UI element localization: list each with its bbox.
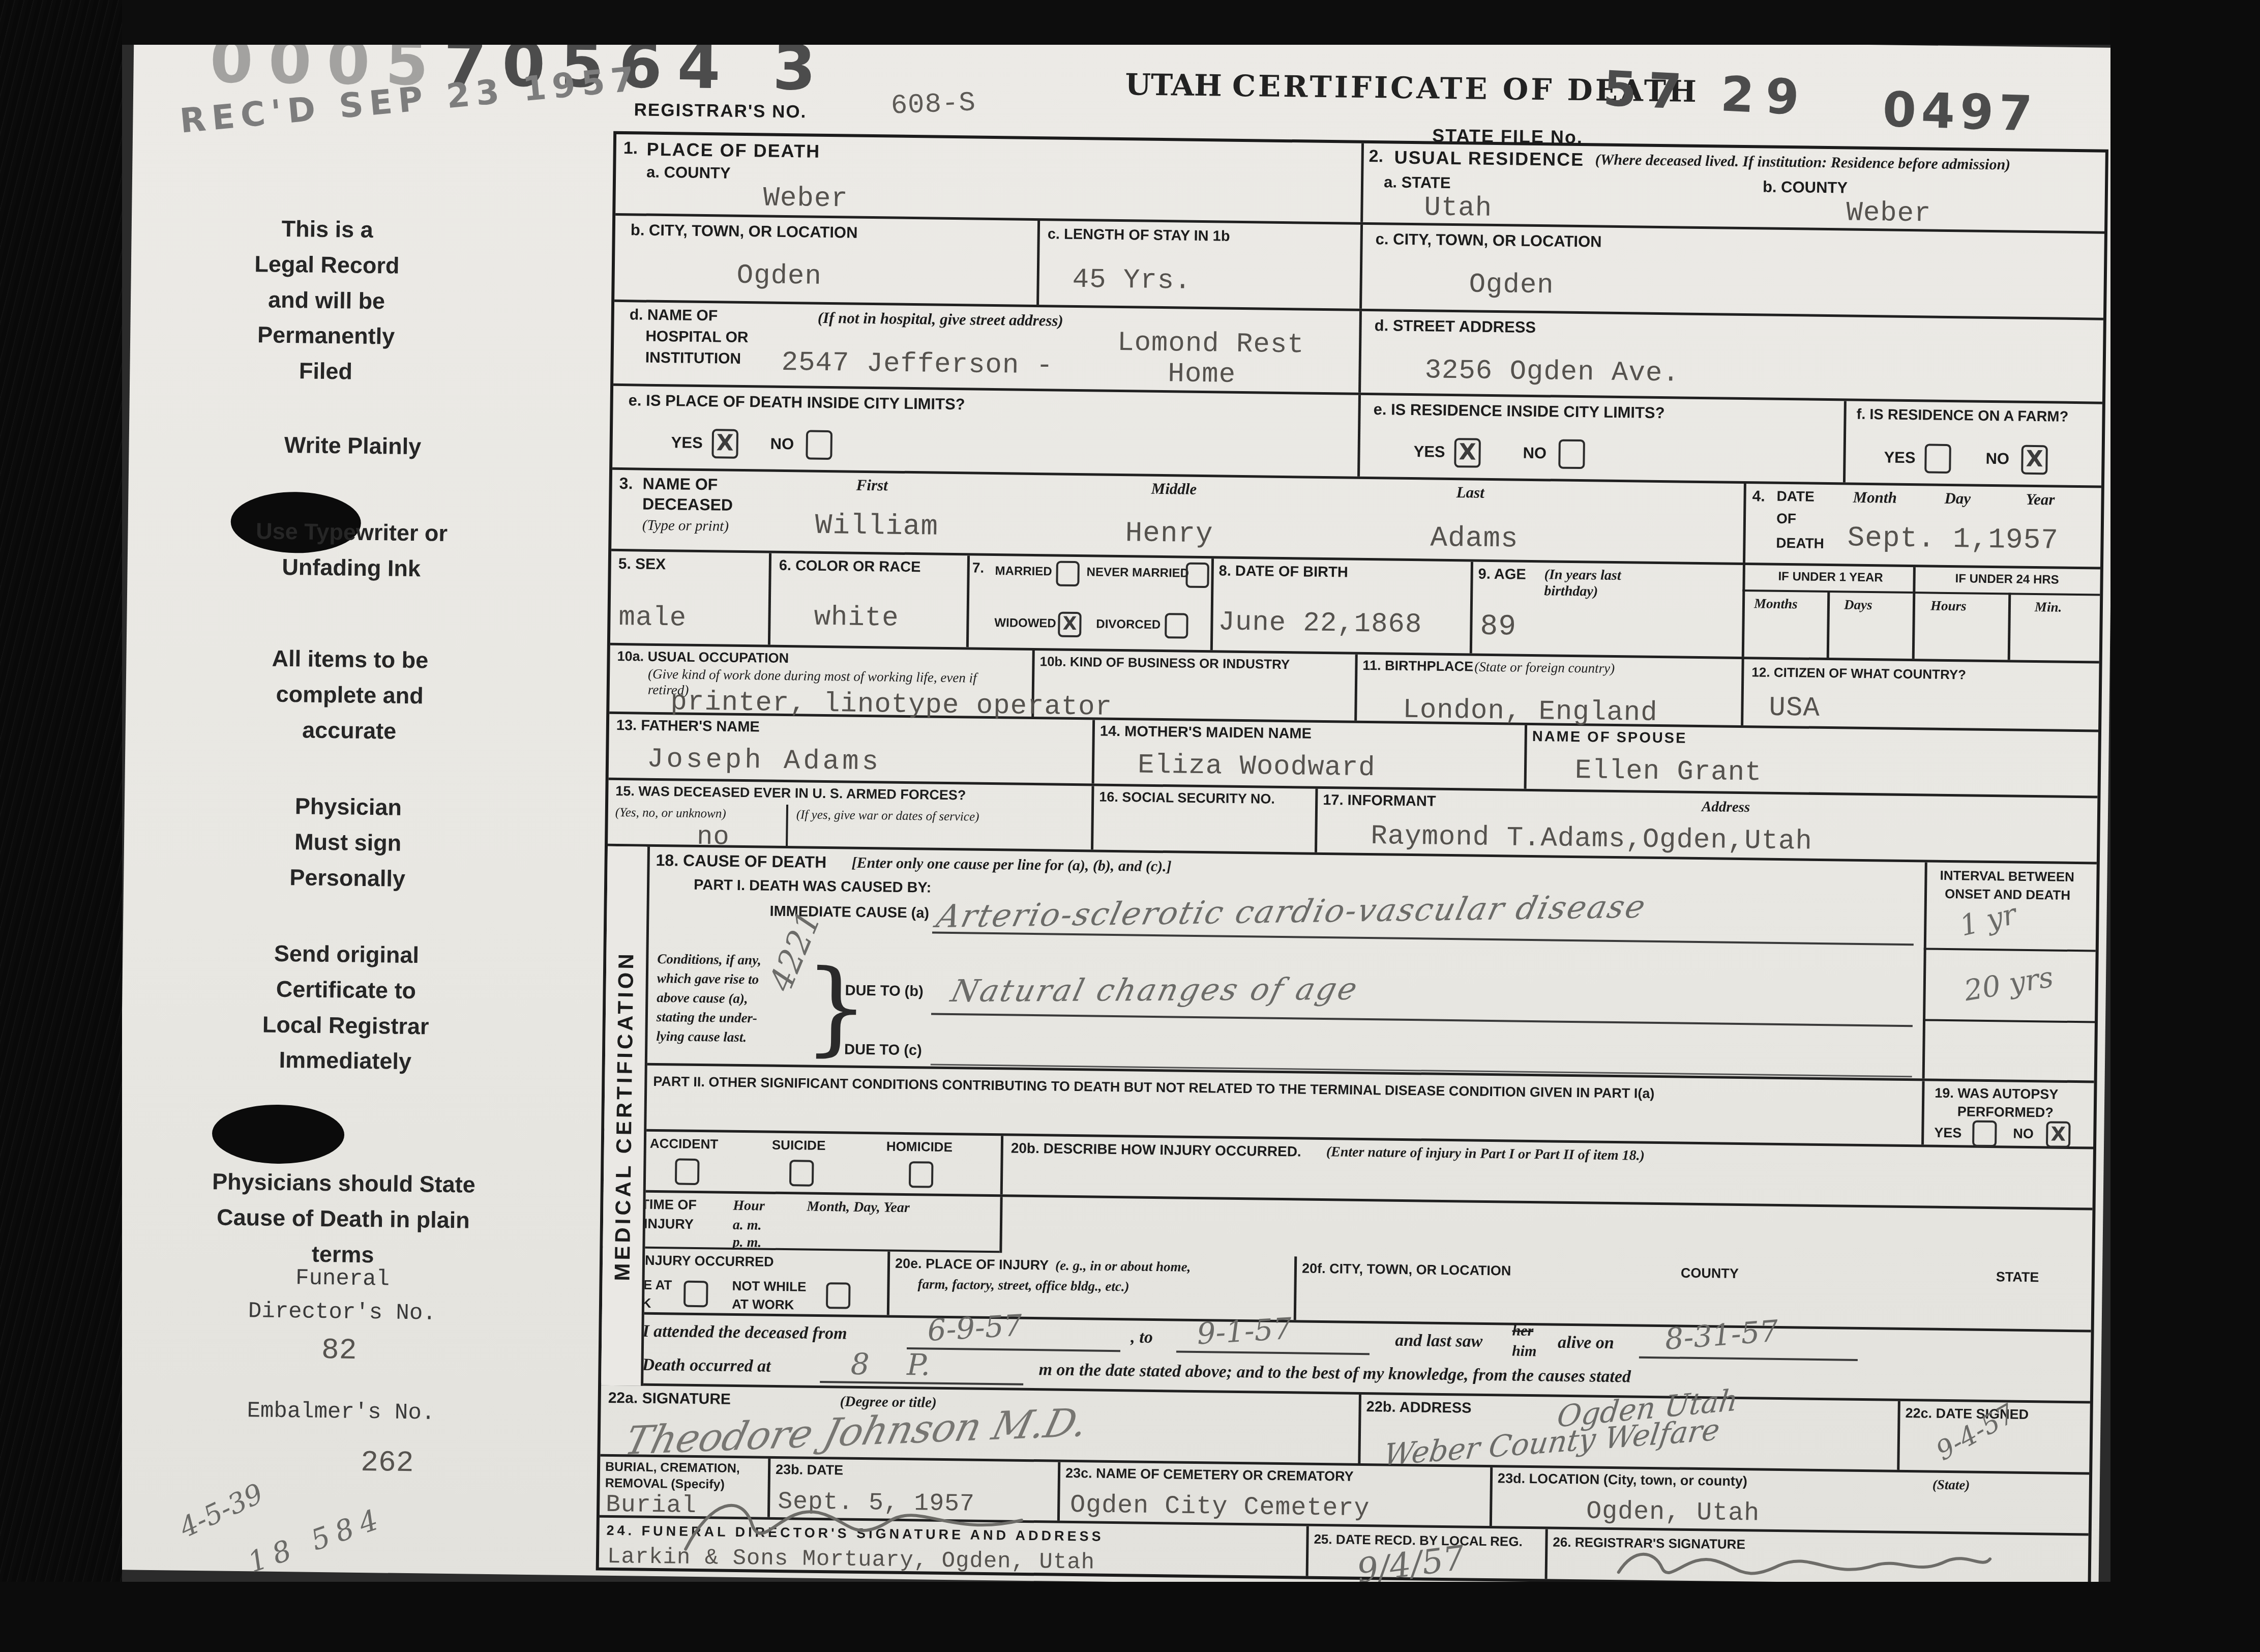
margin-use-typewriter: Use Typewriter or Unfading Ink bbox=[229, 513, 474, 587]
field-21-text-5: Death occurred at bbox=[642, 1355, 771, 1376]
field-3-middle-value: Henry bbox=[1125, 517, 1213, 550]
field-18-conditions-4: stating the under- bbox=[657, 1009, 757, 1026]
field-9-min-header: Min. bbox=[2035, 599, 2062, 615]
interval-b-value: 20 yrs bbox=[1962, 961, 2056, 1008]
field-1e-yes-checkbox: X bbox=[711, 429, 738, 459]
field-2e-no-checkbox bbox=[1558, 439, 1585, 469]
field-17-value: Raymond T.Adams,Ogden,Utah bbox=[1371, 821, 1812, 858]
row-cause-of-death: 18. CAUSE OF DEATH [Enter only one cause… bbox=[605, 846, 2097, 1083]
funeral-director-no-label: Funeral Director's No. bbox=[235, 1261, 450, 1331]
field-9-hours-header: Hours bbox=[1930, 598, 1967, 614]
field-2e-no-label: NO bbox=[1523, 444, 1547, 463]
registrars-no-value: 608-S bbox=[890, 87, 976, 122]
field-4-value: Sept. 1,1957 bbox=[1847, 522, 2059, 557]
medical-certification-band: MEDICAL CERTIFICATION bbox=[601, 846, 650, 1386]
field-10a-value: printer, linotype operator bbox=[670, 687, 1112, 723]
field-2f-no-checkbox: X bbox=[2021, 445, 2048, 475]
field-9-under24-label: IF UNDER 24 HRS bbox=[1918, 571, 2096, 587]
field-20a-accident-label: ACCIDENT bbox=[650, 1136, 719, 1153]
field-1e-no-checkbox bbox=[806, 430, 832, 460]
field-2f-yes-label: YES bbox=[1884, 448, 1915, 467]
field-7-divorced-checkbox bbox=[1165, 613, 1188, 639]
row-sex-race-dob-age: 5. SEX male 6. COLOR OR RACE white 7. MA… bbox=[610, 551, 2100, 664]
field-14-label: 14. MOTHER'S MAIDEN NAME bbox=[1100, 723, 1312, 743]
field-20e-label: 20e. PLACE OF INJURY bbox=[895, 1256, 1049, 1274]
field-20c-label-2: INJURY bbox=[644, 1216, 694, 1232]
field-20a-accident-checkbox bbox=[675, 1158, 700, 1185]
field-8-label: 8. DATE OF BIRTH bbox=[1219, 563, 1348, 581]
field-20d-notwhile-2: AT WORK bbox=[732, 1296, 794, 1313]
field-23d-state-label: (State) bbox=[1932, 1477, 1970, 1493]
field-9-under1yr-label: IF UNDER 1 YEAR bbox=[1749, 569, 1912, 585]
field-20a-suicide-checkbox bbox=[789, 1160, 814, 1187]
interval-a-value: 1 yr bbox=[1956, 898, 2019, 943]
field-15-hint-2: (If yes, give war or dates of service) bbox=[796, 808, 979, 824]
field-1d-hint: (If not in hospital, give street address… bbox=[818, 309, 1063, 330]
field-20c-hour-header: Hour bbox=[733, 1198, 765, 1215]
field-3-first-header: First bbox=[856, 476, 888, 495]
margin-handwritten-note-2: 18 584 bbox=[244, 1501, 389, 1579]
field-1d-label-1: d. NAME OF bbox=[630, 306, 718, 324]
field-11-label: 11. BIRTHPLACE bbox=[1362, 658, 1473, 675]
margin-legal-record: This is a Legal Record and will be Perma… bbox=[247, 211, 406, 390]
field-1e-yes-label: YES bbox=[671, 433, 703, 452]
field-12-value: USA bbox=[1769, 693, 1820, 724]
field-1d-value-home-2: Home bbox=[1168, 359, 1236, 391]
field-2-no: 2. bbox=[1369, 146, 1383, 166]
field-20a-homicide-label: HOMICIDE bbox=[886, 1139, 953, 1156]
field-15-hint-1: (Yes, no, or unknown) bbox=[615, 806, 726, 821]
field-20c-am: a. m. bbox=[733, 1217, 762, 1234]
field-21-him: him bbox=[1512, 1343, 1537, 1361]
field-2e-yes-label: YES bbox=[1413, 442, 1445, 461]
scan-border-right bbox=[2110, 0, 2260, 1652]
field-4-month-header: Month bbox=[1853, 488, 1897, 507]
field-23b-label: 23b. DATE bbox=[776, 1462, 843, 1479]
field-2f-label: f. IS RESIDENCE ON A FARM? bbox=[1856, 406, 2068, 426]
scan-border-left bbox=[0, 0, 122, 1652]
field-4-label-2: OF bbox=[1776, 511, 1796, 527]
field-19-no-label: NO bbox=[2013, 1126, 2034, 1142]
field-2f-no-label: NO bbox=[1985, 450, 2009, 468]
field-1e-no-label: NO bbox=[770, 435, 794, 454]
field-1d-value-street: 2547 Jefferson - bbox=[781, 347, 1053, 382]
funeral-director-no-value: 82 bbox=[321, 1334, 356, 1368]
field-18c-label: DUE TO (c) bbox=[844, 1042, 922, 1059]
field-7-never-checkbox bbox=[1185, 563, 1209, 588]
field-3-no: 3. bbox=[619, 474, 633, 493]
field-3-middle-header: Middle bbox=[1151, 480, 1197, 498]
certificate-form: 1. PLACE OF DEATH a. COUNTY Weber 2. USU… bbox=[596, 131, 2108, 1589]
margin-plain-terms: Physicians should State Cause of Death i… bbox=[195, 1164, 492, 1274]
field-20e-hint-1: (e. g., in or about home, bbox=[1055, 1258, 1191, 1275]
field-7-divorced-label: DIVORCED bbox=[1096, 617, 1161, 632]
field-22a-label: 22a. SIGNATURE bbox=[608, 1390, 731, 1408]
field-18b-label: DUE TO (b) bbox=[845, 983, 924, 1000]
field-1c-label: c. LENGTH OF STAY IN 1b bbox=[1048, 226, 1230, 245]
field-2b-label: b. COUNTY bbox=[1763, 178, 1848, 197]
physician-signature: Theodore Johnson M.D. bbox=[620, 1399, 1092, 1463]
field-6-label: 6. COLOR OR RACE bbox=[779, 557, 921, 576]
field-2b-value: Weber bbox=[1846, 197, 1931, 229]
field-20d-while-checkbox bbox=[683, 1281, 708, 1308]
field-7-widowed-checkbox: X bbox=[1058, 612, 1082, 638]
field-20d-notwhile-1: NOT WHILE bbox=[732, 1278, 806, 1295]
field-10b-label: 10b. KIND OF BUSINESS OR INDUSTRY bbox=[1039, 654, 1290, 672]
field-2d-value: 3256 Ogden Ave. bbox=[1424, 355, 1680, 389]
field-2a-label: a. STATE bbox=[1384, 173, 1451, 192]
field-7-widowed-label: WIDOWED bbox=[994, 616, 1056, 631]
field-19-yes-checkbox bbox=[1972, 1120, 1997, 1147]
field-14-value: Eliza Woodward bbox=[1138, 750, 1376, 784]
field-20b-label: 20b. DESCRIBE HOW INJURY OCCURRED. bbox=[1011, 1140, 1301, 1160]
field-11-hint: (State or foreign country) bbox=[1474, 659, 1615, 676]
field-3-label-1: NAME OF bbox=[643, 475, 718, 494]
field-8-value: June 22,1868 bbox=[1218, 607, 1422, 640]
field-15-value: no bbox=[697, 822, 730, 852]
field-20c-mdy-header: Month, Day, Year bbox=[807, 1199, 910, 1216]
field-15-label: 15. WAS DECEASED EVER IN U. S. ARMED FOR… bbox=[615, 783, 966, 803]
embalmer-no-label: Embalmer's No. bbox=[224, 1398, 458, 1427]
margin-physician-sign: Physician Must sign Personally bbox=[269, 788, 428, 897]
field-13-value: Joseph Adams bbox=[647, 744, 882, 778]
certificate-paper: 000570564 3 REC'D SEP 23 1957 REGISTRAR'… bbox=[115, 23, 2118, 1594]
field-9-label: 9. AGE bbox=[1478, 566, 1526, 583]
margin-send-original: Send original Certificate to Local Regis… bbox=[261, 936, 430, 1080]
field-3-label-2: DECEASED bbox=[642, 495, 733, 515]
field-20f-state-label: STATE bbox=[1996, 1269, 2039, 1285]
field-22b-label: 22b. ADDRESS bbox=[1366, 1399, 1471, 1417]
field-7-no: 7. bbox=[972, 560, 985, 576]
field-21-text-3: and last saw bbox=[1395, 1331, 1482, 1351]
field-2e-yes-checkbox: X bbox=[1454, 438, 1481, 468]
margin-write-plainly: Write Plainly bbox=[210, 426, 495, 465]
field-1e-label: e. IS PLACE OF DEATH INSIDE CITY LIMITS? bbox=[629, 391, 965, 414]
field-1a-label: a. COUNTY bbox=[646, 163, 731, 183]
interval-label-1: INTERVAL BETWEEN bbox=[1940, 868, 2074, 885]
field-18-part2-label: PART II. OTHER SIGNIFICANT CONDITIONS CO… bbox=[653, 1074, 1899, 1105]
page-title-utah: UTAH bbox=[1125, 67, 1222, 103]
field-18a-value: Arterio-sclerotic cardio-vascular diseas… bbox=[933, 888, 1650, 935]
field-23c-value: Ogden City Cemetery bbox=[1070, 1491, 1370, 1523]
field-21-from-value: 6-9-57 bbox=[927, 1308, 1023, 1348]
medical-certification-label: MEDICAL CERTIFICATION bbox=[610, 951, 639, 1281]
field-16-label: 16. SOCIAL SECURITY NO. bbox=[1099, 789, 1275, 807]
registrars-no-label: REGISTRAR'S NO. bbox=[634, 100, 807, 122]
field-2-hint: (Where deceased lived. If institution: R… bbox=[1595, 151, 2098, 174]
field-18-label: 18. CAUSE OF DEATH bbox=[656, 851, 826, 872]
field-7-never-label: NEVER MARRIED bbox=[1087, 565, 1190, 580]
field-22b-value-2: Weber County Welfare bbox=[1382, 1412, 1722, 1472]
field-2c-label: c. CITY, TOWN, OR LOCATION bbox=[1375, 230, 1601, 251]
field-21-to-value: 9-1-57 bbox=[1196, 1311, 1293, 1351]
field-2c-value: Ogden bbox=[1469, 269, 1554, 301]
field-9-hint: (In years last birthday) bbox=[1544, 567, 1661, 601]
field-20f-label: 20f. CITY, TOWN, OR LOCATION bbox=[1302, 1261, 1511, 1279]
field-13-label: 13. FATHER'S NAME bbox=[616, 717, 760, 735]
field-2-title: USUAL RESIDENCE bbox=[1394, 147, 1584, 171]
field-5-value: male bbox=[618, 602, 687, 634]
field-21-text-1: I attended the deceased from bbox=[642, 1322, 847, 1344]
field-1d-label-2: HOSPITAL OR bbox=[645, 328, 749, 346]
field-23d-value: Ogden, Utah bbox=[1586, 1497, 1760, 1528]
field-21-text-4: alive on bbox=[1558, 1333, 1614, 1353]
field-1-title: PLACE OF DEATH bbox=[647, 139, 821, 162]
field-2f-yes-checkbox bbox=[1924, 444, 1951, 474]
funeral-director-signature bbox=[675, 1488, 1032, 1564]
field-9-days-header: Days bbox=[1844, 597, 1872, 613]
margin-handwritten-note-1: 4-5-39 bbox=[174, 1477, 268, 1544]
state-file-stamp-2: 0497 bbox=[1882, 82, 2038, 142]
field-19-label-2: PERFORMED? bbox=[1957, 1104, 2054, 1120]
field-20f-county-label: COUNTY bbox=[1681, 1265, 1739, 1282]
field-4-year-header: Year bbox=[2026, 490, 2055, 509]
field-23c-label: 23c. NAME OF CEMETERY OR CREMATORY bbox=[1065, 1465, 1354, 1485]
field-7-married-checkbox bbox=[1056, 561, 1080, 587]
field-3-first-value: William bbox=[815, 509, 938, 543]
field-3-last-value: Adams bbox=[1430, 522, 1519, 555]
field-2d-label: d. STREET ADDRESS bbox=[1374, 316, 1536, 337]
field-20b-hint: (Enter nature of injury in Part I or Par… bbox=[1326, 1144, 1645, 1164]
field-19-yes-label: YES bbox=[1934, 1125, 1961, 1141]
field-1c-value: 45 Yrs. bbox=[1072, 264, 1192, 297]
field-9-months-header: Months bbox=[1754, 596, 1798, 612]
punch-hole-bottom bbox=[212, 1104, 344, 1164]
field-1-no: 1. bbox=[623, 138, 638, 158]
field-6-value: white bbox=[814, 602, 899, 634]
field-17-label: 17. INFORMANT bbox=[1323, 792, 1436, 810]
field-18-conditions-3: above cause (a), bbox=[657, 990, 748, 1007]
field-4-label-1: DATE bbox=[1776, 488, 1815, 505]
field-5-label: 5. SEX bbox=[618, 555, 666, 573]
field-3-label-3: (Type or print) bbox=[642, 517, 729, 535]
field-18-conditions-2: which gave rise to bbox=[657, 970, 759, 987]
field-1b-label: b. CITY, TOWN, OR LOCATION bbox=[631, 221, 858, 242]
field-spouse-value: Ellen Grant bbox=[1575, 755, 1762, 788]
scan-border-top bbox=[0, 0, 2260, 45]
field-3-last-header: Last bbox=[1456, 483, 1484, 502]
field-18b-value: Natural changes of age bbox=[947, 971, 1362, 1009]
field-18-conditions-5: lying cause last. bbox=[656, 1028, 747, 1045]
field-11-value: London, England bbox=[1403, 695, 1658, 729]
field-1d-label-3: INSTITUTION bbox=[645, 349, 741, 368]
field-1b-value: Ogden bbox=[736, 260, 822, 292]
field-17-address-label: Address bbox=[1702, 799, 1750, 816]
field-20a-suicide-label: SUICIDE bbox=[772, 1137, 826, 1154]
field-23d-label: 23d. LOCATION (City, town, or county) bbox=[1498, 1470, 1747, 1489]
scan-border-bottom bbox=[0, 1582, 2260, 1652]
embalmer-no-value: 262 bbox=[361, 1447, 414, 1480]
field-4-label-3: DEATH bbox=[1776, 535, 1824, 552]
field-9-value: 89 bbox=[1480, 610, 1516, 644]
field-21-text-2: , to bbox=[1131, 1327, 1153, 1347]
field-1a-value: Weber bbox=[763, 183, 848, 215]
state-file-stamp-1: 57 29 bbox=[1602, 61, 1811, 127]
field-2e-label: e. IS RESIDENCE INSIDE CITY LIMITS? bbox=[1373, 400, 1664, 422]
field-10a-label: 10a. USUAL OCCUPATION bbox=[617, 648, 789, 666]
field-18-bracket: [Enter only one cause per line for (a), … bbox=[851, 854, 1171, 876]
field-4-day-header: Day bbox=[1944, 489, 1971, 508]
field-19-no-checkbox: X bbox=[2046, 1121, 2071, 1148]
field-18-part1-label: PART I. DEATH WAS CAUSED BY: bbox=[694, 877, 932, 897]
margin-all-items: All items to be complete and accurate bbox=[255, 640, 444, 749]
field-20e-hint-2: farm, factory, street, office bldg., etc… bbox=[917, 1276, 1129, 1294]
field-20d-notwhile-checkbox bbox=[826, 1282, 851, 1309]
field-1d-value-home-1: Lomond Rest bbox=[1117, 328, 1304, 361]
field-19-label-1: 19. WAS AUTOPSY bbox=[1935, 1085, 2058, 1103]
field-21-hour-value: 8 P. bbox=[850, 1347, 930, 1382]
field-21-text-6: m on the date stated above; and to the b… bbox=[1038, 1360, 1631, 1386]
field-21-her: her bbox=[1512, 1322, 1533, 1340]
field-spouse-label: NAME OF SPOUSE bbox=[1532, 728, 1687, 747]
field-7-married-label: MARRIED bbox=[995, 564, 1052, 579]
field-18-conditions-1: Conditions, if any, bbox=[657, 951, 761, 968]
field-2a-value: Utah bbox=[1424, 192, 1492, 224]
field-4-no: 4. bbox=[1752, 488, 1765, 505]
field-20a-homicide-checkbox bbox=[909, 1161, 934, 1188]
field-12-label: 12. CITIZEN OF WHAT COUNTRY? bbox=[1751, 664, 1966, 683]
